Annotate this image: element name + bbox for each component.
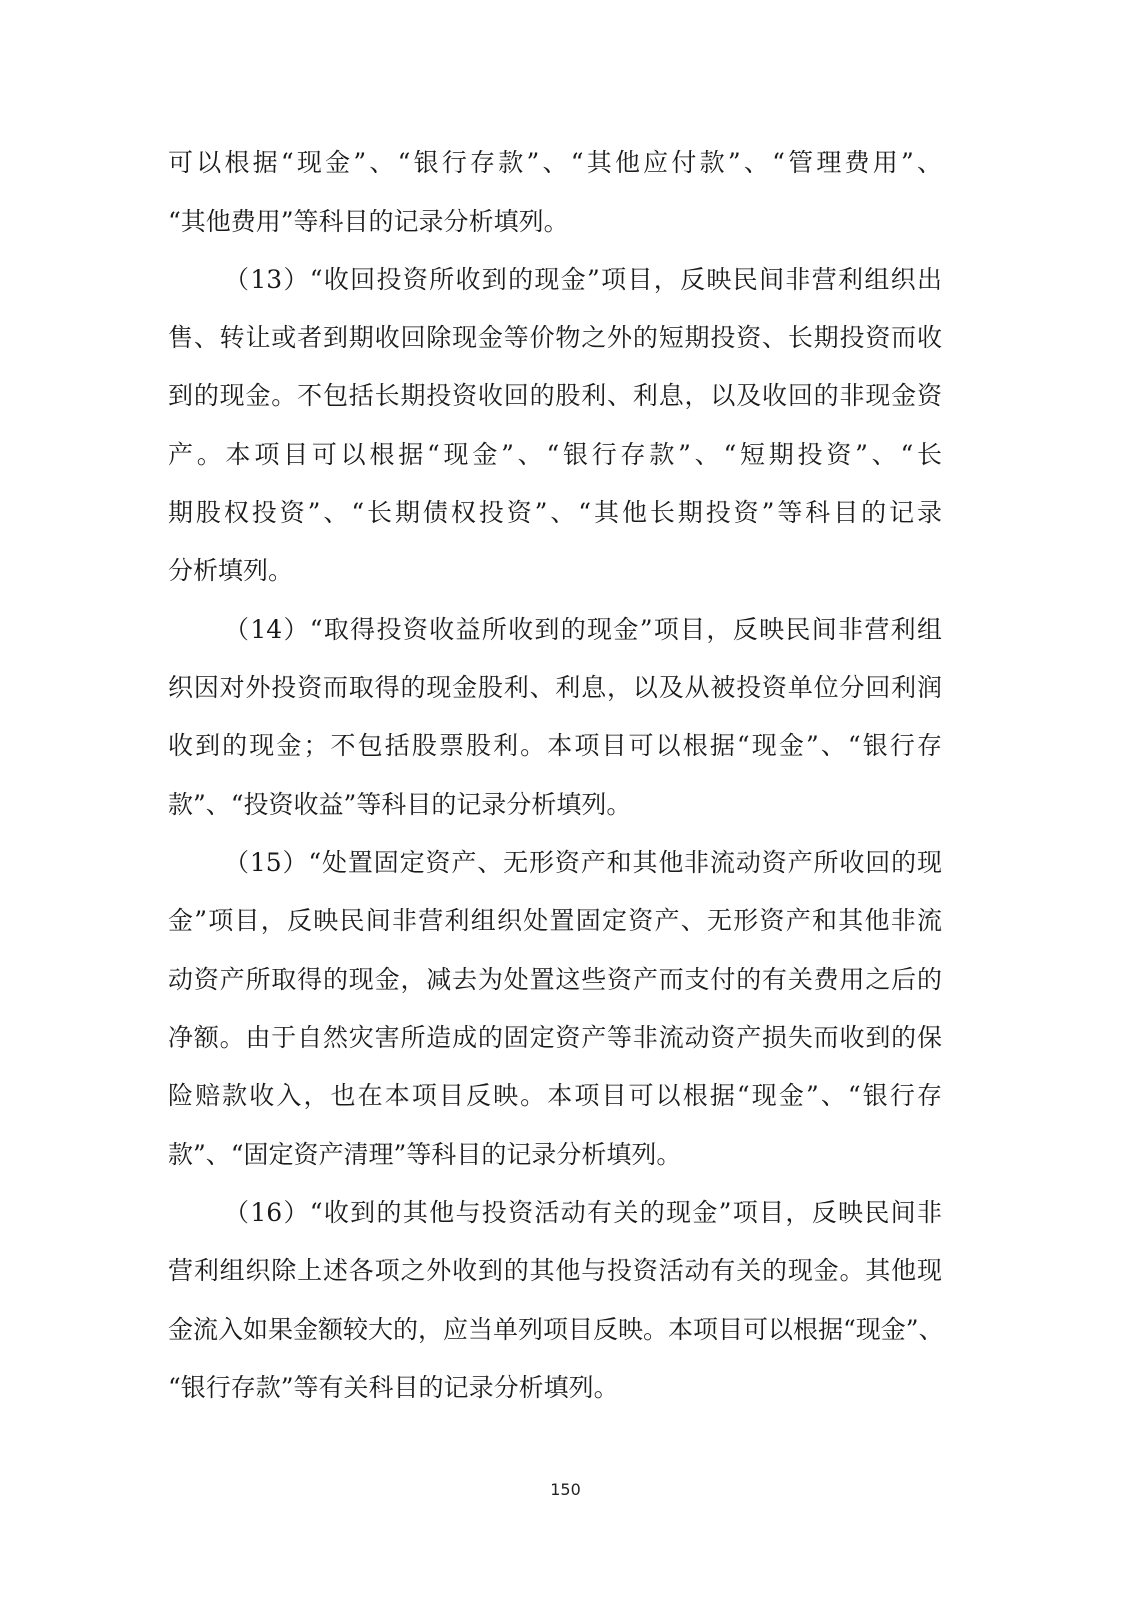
text-line: 金”项目，反映民间非营利组织处置固定资产、无形资产和其他非流: [168, 901, 942, 941]
text-line: 到的现金。不包括长期投资收回的股利、利息，以及收回的非现金资: [168, 376, 942, 416]
paragraph-first-line: （16）“收到的其他与投资活动有关的现金”项目，反映民间非: [224, 1193, 942, 1233]
text-line: 织因对外投资而取得的现金股利、利息，以及从被投资单位分回利润: [168, 668, 942, 708]
text-line: 分析填列。: [168, 551, 942, 591]
text-line: 收到的现金；不包括股票股利。本项目可以根据“现金”、“银行存: [168, 726, 942, 766]
text-line: 营利组织除上述各项之外收到的其他与投资活动有关的现金。其他现: [168, 1251, 942, 1291]
paragraph-first-line: （13）“收回投资所收到的现金”项目，反映民间非营利组织出: [224, 260, 942, 300]
text-line: 产。本项目可以根据“现金”、“银行存款”、“短期投资”、“长: [168, 435, 942, 475]
text-line: 期股权投资”、“长期债权投资”、“其他长期投资”等科目的记录: [168, 493, 942, 533]
text-line: 动资产所取得的现金，减去为处置这些资产而支付的有关费用之后的: [168, 960, 942, 1000]
text-line: “其他费用”等科目的记录分析填列。: [168, 202, 942, 242]
paragraph-first-line: （14）“取得投资收益所收到的现金”项目，反映民间非营利组: [224, 610, 942, 650]
text-line: 款”、“固定资产清理”等科目的记录分析填列。: [168, 1135, 942, 1175]
page-number: 150: [0, 1480, 1131, 1499]
text-line: 金流入如果金额较大的，应当单列项目反映。本项目可以根据“现金”、: [168, 1310, 942, 1350]
document-page: 可以根据“现金”、“银行存款”、“其他应付款”、“管理费用”、“其他费用”等科目…: [0, 0, 1131, 1600]
text-line: 可以根据“现金”、“银行存款”、“其他应付款”、“管理费用”、: [168, 143, 942, 183]
text-line: 净额。由于自然灾害所造成的固定资产等非流动资产损失而收到的保: [168, 1018, 942, 1058]
text-line: 险赔款收入，也在本项目反映。本项目可以根据“现金”、“银行存: [168, 1076, 942, 1116]
paragraph-first-line: （15）“处置固定资产、无形资产和其他非流动资产所收回的现: [224, 843, 942, 883]
text-line: 款”、“投资收益”等科目的记录分析填列。: [168, 785, 942, 825]
text-line: “银行存款”等有关科目的记录分析填列。: [168, 1368, 942, 1408]
text-line: 售、转让或者到期收回除现金等价物之外的短期投资、长期投资而收: [168, 318, 942, 358]
